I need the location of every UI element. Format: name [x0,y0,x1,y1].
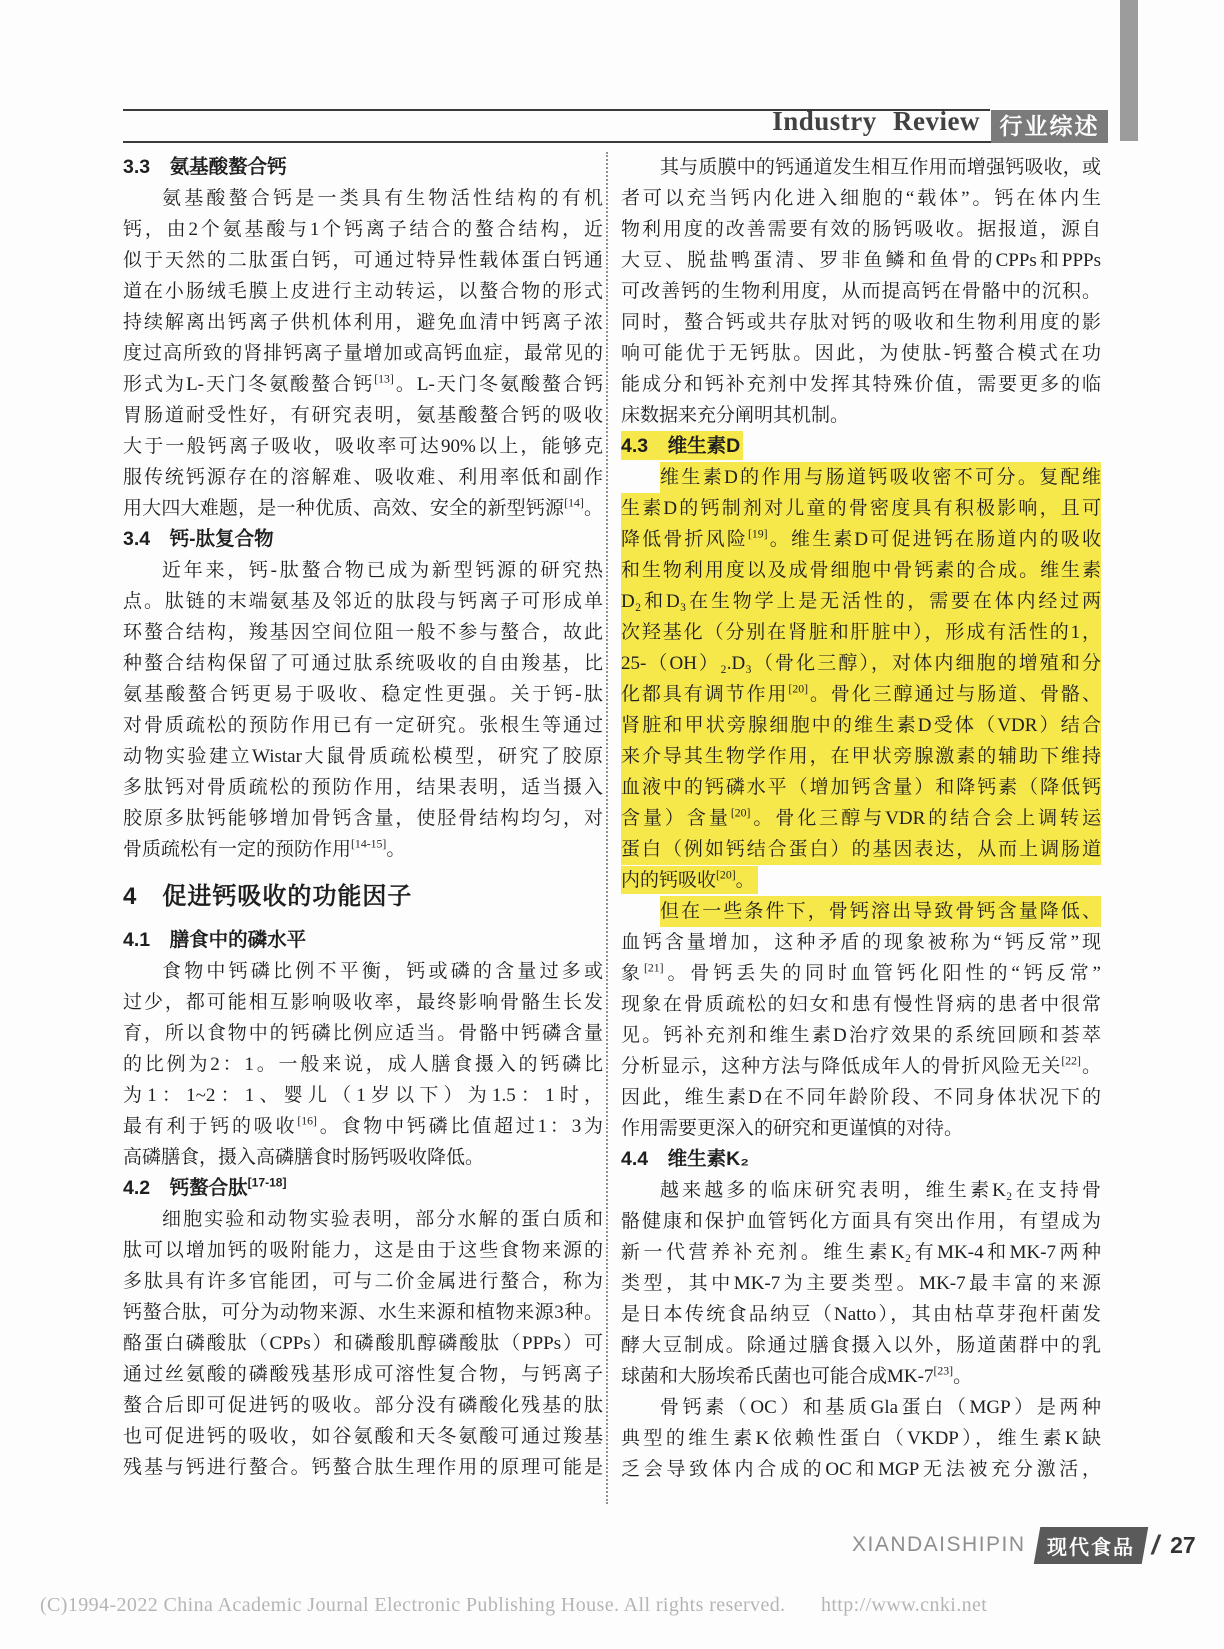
line-text: 酪蛋白磷酸肽（CPPs）和磷酸肌醇磷酸肽（PPPs）可 [123,1333,603,1354]
text-line: 残基与钙进行螯合。钙螯合肽生理作用的原理可能是 [123,1452,603,1483]
line-text: 骨质疏松有一定的预防作用[14-15]。 [123,839,405,860]
text-line: 见。钙补充剂和维生素D治疗效果的系统回顾和荟萃 [621,1020,1101,1051]
line-text: 球菌和大肠埃希氏菌也可能合成MK-7[23]。 [621,1366,972,1387]
header-title-en: Industry Review [560,106,980,137]
text-line: 血钙含量增加，这种矛盾的现象被称为“钙反常”现 [621,927,1101,958]
line-text: 对骨质疏松的预防作用已有一定研究。张根生等通过 [123,715,603,736]
text-line: 度过高所致的肾排钙离子量增加或高钙血症，最常见的 [123,338,603,369]
text-line: 形式为L-天门冬氨酸螯合钙[13]。L-天门冬氨酸螯合钙 [123,369,603,400]
text-line: 类型，其中MK-7为主要类型。MK-7最丰富的来源 [621,1268,1101,1299]
text-line: 蛋白（例如钙结合蛋白）的基因表达，从而上调肠道 [621,834,1101,865]
line-text: 也可促进钙的吸收，如谷氨酸和天冬氨酸可通过羧基 [123,1426,603,1447]
text-line: 来介导其生物学作用，在甲状旁腺激素的辅助下维持 [621,741,1101,772]
text-line: 环螯合结构，羧基因空间位阻一般不参与螯合，故此 [123,617,603,648]
page-edge-bar [1120,0,1138,141]
text-line: 作用需要更深入的研究和更谨慎的对待。 [621,1113,1101,1144]
line-text: 4.3 维生素D [621,431,743,460]
line-text: 血液中的钙磷水平（增加钙含量）和降钙素（降低钙 [621,777,1101,798]
text-line: 点。肽链的末端氨基及邻近的肽段与钙离子可形成单 [123,586,603,617]
line-text: 4.1 膳食中的磷水平 [123,929,306,951]
line-text: 血钙含量增加，这种矛盾的现象被称为“钙反常”现 [621,932,1101,953]
section-heading: 4.4 维生素K₂ [621,1144,1101,1175]
line-text: 道在小肠绒毛膜上皮进行主动转运，以螯合物的形式 [123,281,603,302]
text-line: 持续解离出钙离子供机体利用，避免血清中钙离子浓 [123,307,603,338]
line-text: 胶原多肽钙能够增加骨钙含量，使胫骨结构均匀，对 [123,808,603,829]
text-line: 其与质膜中的钙通道发生相互作用而增强钙吸收，或 [621,152,1101,183]
text-line: 生素D的钙制剂对儿童的骨密度具有积极影响，且可 [621,493,1101,524]
line-text: 钙，由2个氨基酸与1个钙离子结合的螯合结构，近 [123,219,603,240]
line-text: 含量）含量[20]。骨化三醇与VDR的结合会上调转运 [621,808,1101,829]
text-line: 象[21]。骨钙丢失的同时血管钙化阳性的“钙反常” [621,958,1101,989]
line-text: 螯合后即可促进钙的吸收。部分没有磷酸化残基的肽 [123,1395,603,1416]
line-text: 形式为L-天门冬氨酸螯合钙[13]。L-天门冬氨酸螯合钙 [123,374,603,395]
text-line: 但在一些条件下，骨钙溶出导致骨钙含量降低、 [621,896,1101,927]
text-line: 多肽具有许多官能团，可与二价金属进行螯合，称为 [123,1266,603,1297]
text-line: 为1：1~2：1、婴儿（1岁以下）为1.5：1时， [123,1080,603,1111]
line-text: 通过丝氨酸的磷酸残基形成可溶性复合物，与钙离子 [123,1364,603,1385]
line-text: 最有利于钙的吸收[16]。食物中钙磷比值超过1：3为 [123,1116,603,1137]
text-line: 25-（OH）₂.D₃（骨化三醇），对体内细胞的增殖和分 [621,648,1101,679]
column-divider [606,152,608,1504]
line-text: 床数据来充分阐明其机制。 [621,405,849,426]
line-text: 育，所以食物中的钙磷比例应适当。骨骼中钙磷含量 [123,1023,603,1044]
line-text: 因此，维生素D在不同年龄阶段、不同身体状况下的 [621,1087,1101,1108]
text-line: 食物中钙磷比例不平衡，钙或磷的含量过多或 [123,956,603,987]
text-line: 胶原多肽钙能够增加骨钙含量，使胫骨结构均匀，对 [123,803,603,834]
line-text: 高磷膳食，摄入高磷膳食时肠钙吸收降低。 [123,1147,484,1168]
line-text: 响可能优于无钙肽。因此，为使肽-钙螯合模式在功 [621,343,1101,364]
text-line: 对骨质疏松的预防作用已有一定研究。张根生等通过 [123,710,603,741]
line-text: 环螯合结构，羧基因空间位阻一般不参与螯合，故此 [123,622,603,643]
text-line: 越来越多的临床研究表明，维生素K₂在支持骨 [621,1175,1101,1206]
line-text: 骼健康和保护血管钙化方面具有突出作用，有望成为 [621,1211,1101,1232]
line-text: 大于一般钙离子吸收，吸收率可达90%以上，能够克 [123,436,603,457]
text-line: D₂和D₃在生物学上是无活性的，需要在体内经过两 [621,586,1101,617]
text-line: 骨质疏松有一定的预防作用[14-15]。 [123,834,603,865]
line-text: 近年来，钙-肽螯合物已成为新型钙源的研究热 [162,560,603,581]
line-text: 物利用度的改善需要有效的肠钙吸收。据报道，源自 [621,219,1101,240]
line-text: 大豆、脱盐鸭蛋清、罗非鱼鳞和鱼骨的CPPs和PPPs [621,250,1101,271]
text-line: 血液中的钙磷水平（增加钙含量）和降钙素（降低钙 [621,772,1101,803]
text-line: 同时，螯合钙或共存肽对钙的吸收和生物利用度的影 [621,307,1101,338]
line-text: 多肽钙对骨质疏松的预防作用，结果表明，适当摄入 [123,777,603,798]
section-heading: 3.3 氨基酸螯合钙 [123,152,603,183]
line-text: 为1：1~2：1、婴儿（1岁以下）为1.5：1时， [123,1085,603,1106]
line-text: D₂和D₃在生物学上是无活性的，需要在体内经过两 [621,591,1101,612]
text-line: 氨基酸螯合钙更易于吸收、稳定性更强。关于钙-肽 [123,679,603,710]
line-text: 可改善钙的生物利用度，从而提高钙在骨骼中的沉积。 [621,281,1101,302]
line-text: 类型，其中MK-7为主要类型。MK-7最丰富的来源 [621,1273,1101,1294]
text-line: 降低骨折风险[19]。维生素D可促进钙在肠道内的吸收 [621,524,1101,555]
text-line: 酵大豆制成。除通过膳食摄入以外，肠道菌群中的乳 [621,1330,1101,1361]
text-line: 育，所以食物中的钙磷比例应适当。骨骼中钙磷含量 [123,1018,603,1049]
text-line: 可改善钙的生物利用度，从而提高钙在骨骼中的沉积。 [621,276,1101,307]
text-line: 和生物利用度以及成骨细胞中骨钙素的合成。维生素 [621,555,1101,586]
line-text: 作用需要更深入的研究和更谨慎的对待。 [621,1118,963,1139]
text-line: 因此，维生素D在不同年龄阶段、不同身体状况下的 [621,1082,1101,1113]
text-line: 新一代营养补充剂。维生素K₂有MK-4和MK-7两种 [621,1237,1101,1268]
journal-name-zh: 现代食品 [1047,1531,1135,1560]
text-line: 乏会导致体内合成的OC和MGP无法被充分激活， [621,1454,1101,1485]
text-line: 钙，由2个氨基酸与1个钙离子结合的螯合结构，近 [123,214,603,245]
header-title-zh: 行业综述 [1000,113,1100,139]
text-line: 细胞实验和动物实验表明，部分水解的蛋白质和 [123,1204,603,1235]
text-line: 肾脏和甲状旁腺细胞中的维生素D受体（VDR）结合 [621,710,1101,741]
line-text: 残基与钙进行螯合。钙螯合肽生理作用的原理可能是 [123,1457,603,1478]
line-text: 度过高所致的肾排钙离子量增加或高钙血症，最常见的 [123,343,603,364]
text-line: 似于天然的二肽蛋白钙，可通过特异性载体蛋白钙通 [123,245,603,276]
text-line: 球菌和大肠埃希氏菌也可能合成MK-7[23]。 [621,1361,1101,1392]
text-line: 化都具有调节作用[20]。骨化三醇通过与肠道、骨骼、 [621,679,1101,710]
text-line: 通过丝氨酸的磷酸残基形成可溶性复合物，与钙离子 [123,1359,603,1390]
journal-footer: XIANDAISHIPIN 现代食品 / 27 [852,1526,1196,1564]
section-heading: 3.4 钙-肽复合物 [123,524,603,555]
line-text: 持续解离出钙离子供机体利用，避免血清中钙离子浓 [123,312,603,333]
text-line: 服传统钙源存在的溶解难、吸收难、利用率低和副作 [123,462,603,493]
text-line: 是日本传统食品纳豆（Natto），其由枯草芽孢杆菌发 [621,1299,1101,1330]
section-heading: 4.3 维生素D [621,431,1101,462]
line-text: 生素D的钙制剂对儿童的骨密度具有积极影响，且可 [621,498,1101,519]
line-text: 新一代营养补充剂。维生素K₂有MK-4和MK-7两种 [621,1242,1101,1263]
line-text: 维生素D的作用与肠道钙吸收密不可分。复配维 [660,467,1101,488]
line-text: 过少，都可能相互影响吸收率，最终影响骨骼生长发 [123,992,603,1013]
text-line: 过少，都可能相互影响吸收率，最终影响骨骼生长发 [123,987,603,1018]
line-text: 内的钙吸收[20]。 [621,866,758,894]
line-text: 的比例为2：1。一般来说，成人膳食摄入的钙磷比 [123,1054,603,1075]
text-line: 现象在骨质疏松的妇女和患有慢性肾病的患者中很常 [621,989,1101,1020]
line-text: 4.2 钙螯合肽[17-18] [123,1177,287,1199]
line-text: 来介导其生物学作用，在甲状旁腺激素的辅助下维持 [621,746,1101,767]
line-text: 化都具有调节作用[20]。骨化三醇通过与肠道、骨骼、 [621,684,1101,705]
line-text: 降低骨折风险[19]。维生素D可促进钙在肠道内的吸收 [621,529,1101,550]
text-line: 典型的维生素K依赖性蛋白（VKDP），维生素K缺 [621,1423,1101,1454]
text-line: 动物实验建立Wistar大鼠骨质疏松模型，研究了胶原 [123,741,603,772]
line-text: 蛋白（例如钙结合蛋白）的基因表达，从而上调肠道 [621,839,1101,860]
line-text: 乏会导致体内合成的OC和MGP无法被充分激活， [621,1459,1101,1480]
line-text: 能成分和钙补充剂中发挥其特殊价值，需要更多的临 [621,374,1101,395]
line-text: 25-（OH）₂.D₃（骨化三醇），对体内细胞的增殖和分 [621,653,1101,674]
text-line: 维生素D的作用与肠道钙吸收密不可分。复配维 [621,462,1101,493]
line-text: 者可以充当钙内化进入细胞的“载体”。钙在体内生 [621,188,1101,209]
text-line: 肽可以增加钙的吸附能力，这是由于这些食物来源的 [123,1235,603,1266]
line-text: 但在一些条件下，骨钙溶出导致骨钙含量降低、 [660,901,1101,922]
text-line: 氨基酸螯合钙是一类具有生物活性结构的有机 [123,183,603,214]
line-text: 胃肠道耐受性好，有研究表明，氨基酸螯合钙的吸收 [123,405,603,426]
text-line: 次羟基化（分别在肾脏和肝脏中），形成有活性的1， [621,617,1101,648]
line-text: 钙螯合肽，可分为动物来源、水生来源和植物来源3种。 [123,1302,603,1323]
text-line: 酪蛋白磷酸肽（CPPs）和磷酸肌醇磷酸肽（PPPs）可 [123,1328,603,1359]
line-text: 象[21]。骨钙丢失的同时血管钙化阳性的“钙反常” [621,963,1101,984]
line-text: 同时，螯合钙或共存肽对钙的吸收和生物利用度的影 [621,312,1101,333]
line-text: 肽可以增加钙的吸附能力，这是由于这些食物来源的 [123,1240,603,1261]
page-number: 27 [1170,1532,1196,1559]
copyright-text: (C)1994-2022 China Academic Journal Elec… [40,1594,786,1616]
text-line: 近年来，钙-肽螯合物已成为新型钙源的研究热 [123,555,603,586]
line-text: 4 促进钙吸收的功能因子 [123,883,412,910]
line-text: 3.3 氨基酸螯合钙 [123,156,287,178]
text-line: 钙螯合肽，可分为动物来源、水生来源和植物来源3种。 [123,1297,603,1328]
line-text: 用大四大难题，是一种优质、高效、安全的新型钙源[14]。 [123,498,603,519]
line-text: 典型的维生素K依赖性蛋白（VKDP），维生素K缺 [621,1428,1101,1449]
line-text: 肾脏和甲状旁腺细胞中的维生素D受体（VDR）结合 [621,715,1101,736]
line-text: 骨钙素（OC）和基质Gla蛋白（MGP）是两种 [660,1397,1101,1418]
line-text: 似于天然的二肽蛋白钙，可通过特异性载体蛋白钙通 [123,250,603,271]
text-line: 者可以充当钙内化进入细胞的“载体”。钙在体内生 [621,183,1101,214]
line-text: 点。肽链的末端氨基及邻近的肽段与钙离子可形成单 [123,591,603,612]
text-line: 种螯合结构保留了可通过肽系统吸收的自由羧基，比 [123,648,603,679]
text-line: 大豆、脱盐鸭蛋清、罗非鱼鳞和鱼骨的CPPs和PPPs [621,245,1101,276]
text-line: 大于一般钙离子吸收，吸收率可达90%以上，能够克 [123,431,603,462]
text-line: 最有利于钙的吸收[16]。食物中钙磷比值超过1：3为 [123,1111,603,1142]
line-text: 食物中钙磷比例不平衡，钙或磷的含量过多或 [162,961,603,982]
line-text: 氨基酸螯合钙更易于吸收、稳定性更强。关于钙-肽 [123,684,603,705]
line-text: 3.4 钙-肽复合物 [123,528,274,550]
line-text: 见。钙补充剂和维生素D治疗效果的系统回顾和荟萃 [621,1025,1101,1046]
text-line: 骨钙素（OC）和基质Gla蛋白（MGP）是两种 [621,1392,1101,1423]
line-text: 和生物利用度以及成骨细胞中骨钙素的合成。维生素 [621,560,1101,581]
text-line: 床数据来充分阐明其机制。 [621,400,1101,431]
left-column: 3.3 氨基酸螯合钙氨基酸螯合钙是一类具有生物活性结构的有机钙，由2个氨基酸与1… [123,152,603,1483]
line-text: 越来越多的临床研究表明，维生素K₂在支持骨 [660,1180,1101,1201]
section-heading: 4.2 钙螯合肽[17-18] [123,1173,603,1204]
slash-divider: / [1152,1530,1160,1561]
line-text: 现象在骨质疏松的妇女和患有慢性肾病的患者中很常 [621,994,1101,1015]
text-line: 也可促进钙的吸收，如谷氨酸和天冬氨酸可通过羧基 [123,1421,603,1452]
line-text: 酵大豆制成。除通过膳食摄入以外，肠道菌群中的乳 [621,1335,1101,1356]
line-text: 分析显示，这种方法与降低成年人的骨折风险无关[22]。 [621,1056,1101,1077]
line-text: 次羟基化（分别在肾脏和肝脏中），形成有活性的1， [621,622,1101,643]
line-text: 服传统钙源存在的溶解难、吸收难、利用率低和副作 [123,467,603,488]
text-line: 能成分和钙补充剂中发挥其特殊价值，需要更多的临 [621,369,1101,400]
line-text: 动物实验建立Wistar大鼠骨质疏松模型，研究了胶原 [123,746,603,767]
copyright-line: (C)1994-2022 China Academic Journal Elec… [40,1594,987,1617]
text-line: 多肽钙对骨质疏松的预防作用，结果表明，适当摄入 [123,772,603,803]
line-text: 种螯合结构保留了可通过肽系统吸收的自由羧基，比 [123,653,603,674]
line-text: 细胞实验和动物实验表明，部分水解的蛋白质和 [162,1209,603,1230]
text-line: 响可能优于无钙肽。因此，为使肽-钙螯合模式在功 [621,338,1101,369]
right-column: 其与质膜中的钙通道发生相互作用而增强钙吸收，或者可以充当钙内化进入细胞的“载体”… [621,152,1101,1485]
copyright-url: http://www.cnki.net [821,1594,987,1616]
text-line: 胃肠道耐受性好，有研究表明，氨基酸螯合钙的吸收 [123,400,603,431]
text-line: 骼健康和保护血管钙化方面具有突出作用，有望成为 [621,1206,1101,1237]
section-heading: 4 促进钙吸收的功能因子 [123,877,603,917]
line-text: 4.4 维生素K₂ [621,1148,749,1170]
text-line: 含量）含量[20]。骨化三醇与VDR的结合会上调转运 [621,803,1101,834]
text-line: 的比例为2：1。一般来说，成人膳食摄入的钙磷比 [123,1049,603,1080]
text-line: 物利用度的改善需要有效的肠钙吸收。据报道，源自 [621,214,1101,245]
text-line: 高磷膳食，摄入高磷膳食时肠钙吸收降低。 [123,1142,603,1173]
journal-pinyin: XIANDAISHIPIN [852,1533,1026,1557]
journal-page: Industry Review 行业综述 3.3 氨基酸螯合钙氨基酸螯合钙是一类… [0,0,1224,1649]
section-heading: 4.1 膳食中的磷水平 [123,925,603,956]
text-line: 螯合后即可促进钙的吸收。部分没有磷酸化残基的肽 [123,1390,603,1421]
line-text: 其与质膜中的钙通道发生相互作用而增强钙吸收，或 [660,157,1101,178]
text-line: 道在小肠绒毛膜上皮进行主动转运，以螯合物的形式 [123,276,603,307]
line-text: 多肽具有许多官能团，可与二价金属进行螯合，称为 [123,1271,603,1292]
text-line: 分析显示，这种方法与降低成年人的骨折风险无关[22]。 [621,1051,1101,1082]
text-line: 用大四大难题，是一种优质、高效、安全的新型钙源[14]。 [123,493,603,524]
line-text: 氨基酸螯合钙是一类具有生物活性结构的有机 [162,188,603,209]
header-rule-bottom [123,141,1108,143]
line-text: 是日本传统食品纳豆（Natto），其由枯草芽孢杆菌发 [621,1304,1101,1325]
text-line: 内的钙吸收[20]。 [621,865,1101,896]
header-title-zh-badge: 行业综述 [991,110,1108,143]
journal-name-badge: 现代食品 [1033,1527,1148,1564]
